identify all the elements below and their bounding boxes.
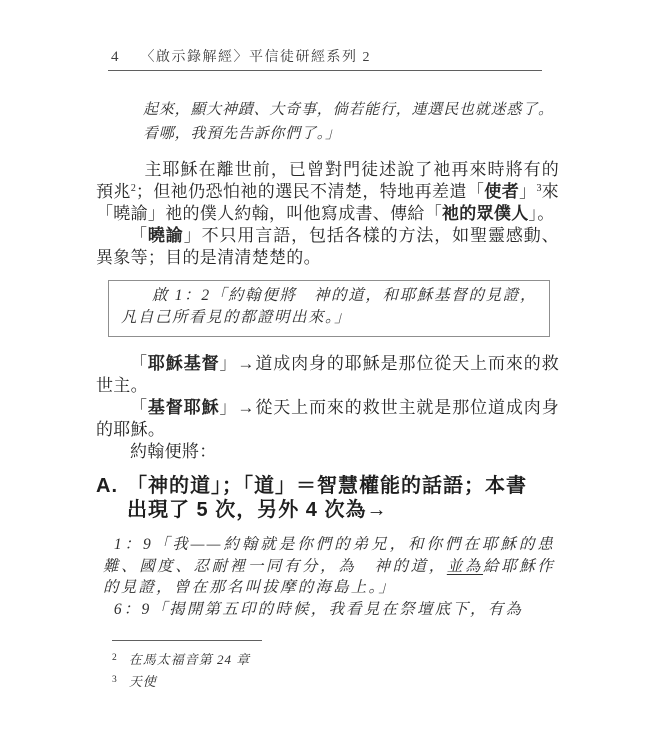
emphasis-run: 曉諭 [148,226,184,245]
book-page: 4 〈啟示錄解經〉平信徒研經系列 2 起來，顯大神蹟、大奇事，倘若能行，連選民也… [0,0,650,750]
footnote-text: 天使 [129,671,157,693]
paragraph-xiaoyu: 「曉諭」不只用言語，包括各樣的方法，如聖靈感動、異象等；目的是清清楚楚的。 [96,225,559,269]
text-run: 」。 [529,204,555,223]
series-title: 〈啟示錄解經〉平信徒研經系列 2 [141,46,372,66]
footnotes: 2 在馬太福音第 24 章 3 天使 [112,640,262,693]
emphasis-run: 耶穌基督 [148,354,220,373]
verse-quote-1-9: 1：9「我——約翰就是你們的弟兄，和你們在耶穌的患難、國度、忍耐裡一同有分，為 … [103,534,555,599]
text-column: 起來，顯大神蹟、大奇事，倘若能行，連選民也就迷惑了。 看哪，我預先告訴你們了。」… [96,98,559,620]
text-run: 「 [130,398,148,417]
running-header: 4 〈啟示錄解經〉平信徒研經系列 2 [111,46,371,66]
quote-line: 看哪，我預先告訴你們了。」 [143,122,559,146]
footnote-marker: 3 [112,671,117,687]
header-rule [108,70,542,71]
text-run: 」 [519,182,536,201]
paragraph-john-intro: 約翰便將： [96,441,559,463]
footnote-rule [112,640,262,641]
verse-box-rev-1-2: 啟 1：2「約翰便將 神的道，和耶穌基督的見證，凡自己所看見的都證明出來。」 [108,280,550,337]
footnote-marker: 2 [112,649,117,665]
section-label: A. [96,475,118,522]
emphasis-run: 基督耶穌 [148,398,220,417]
paragraph-jesus-christ: 「耶穌基督」→道成肉身的耶穌是那位從天上而來的救世主。 [96,353,559,397]
text-run: 「 [130,354,148,373]
text-run: ；但祂仍恐怕祂的選民不清楚，特地再差遣「 [136,182,484,201]
page-number: 4 [111,49,119,66]
emphasis-run: 祂的眾僕人 [442,204,529,223]
paragraph-jesus-foretold: 主耶穌在離世前，已曾對門徒述說了祂再來時將有的預兆2；但祂仍恐怕祂的選民不清楚，… [96,159,559,225]
verse-text: 啟 1：2「約翰便將 神的道，和耶穌基督的見證，凡自己所看見的都證明出來。」 [121,285,537,329]
footnote-item: 3 天使 [112,671,262,693]
footnote-item: 2 在馬太福音第 24 章 [112,649,262,671]
scripture-quote-continuation: 起來，顯大神蹟、大奇事，倘若能行，連選民也就迷惑了。 看哪，我預先告訴你們了。」 [143,98,559,146]
quote-line: 起來，顯大神蹟、大奇事，倘若能行，連選民也就迷惑了。 [143,98,559,122]
text-run: 「 [130,226,148,245]
footnote-text: 在馬太福音第 24 章 [129,649,251,671]
section-heading-text: 「神的道」；「道」＝智慧權能的話語；本書出現了 5 次，另外 4 次為→ [127,475,542,522]
emphasis-run: 使者 [484,182,519,201]
underlined-run: 並為 [447,558,483,575]
section-heading-a: A. 「神的道」；「道」＝智慧權能的話語；本書出現了 5 次，另外 4 次為→ [96,475,559,522]
paragraph-christ-jesus: 「基督耶穌」→從天上而來的救世主就是那位道成肉身的耶穌。 [96,397,559,441]
verse-quote-6-9: 6：9「揭開第五印的時候，我看見在祭壇底下，有為 [103,599,555,621]
